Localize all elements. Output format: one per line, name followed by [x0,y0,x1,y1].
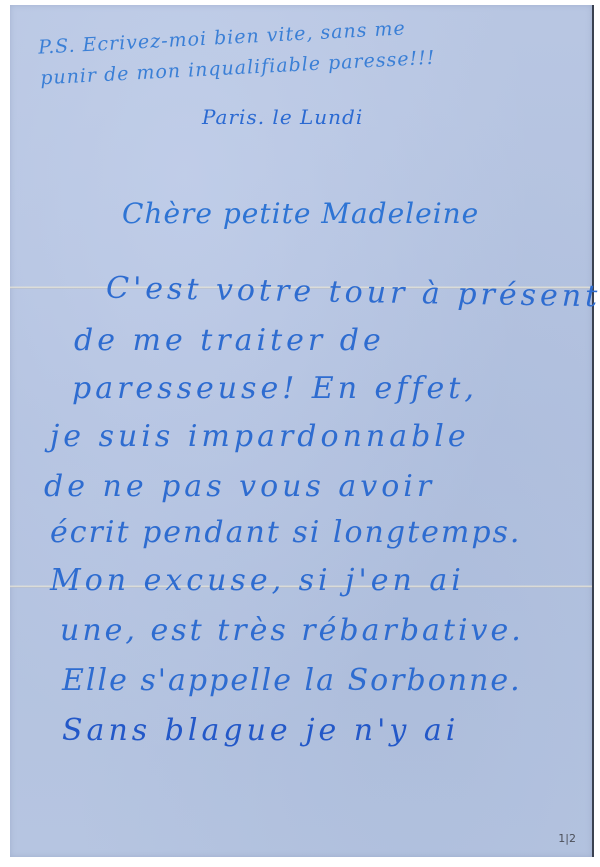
page-number: 1|2 [558,832,576,845]
dateline: Paris. le Lundi [202,105,363,129]
body-line-9: Elle s'appelle la Sorbonne. [62,663,522,698]
letter-page: P.S. Ecrivez-moi bien vite, sans me puni… [10,5,594,857]
body-line-7: Mon excuse, si j'en ai [50,563,465,598]
salutation: Chère petite Madeleine [122,197,479,230]
body-line-3: paresseuse! En effet, [72,371,478,406]
body-line-6: écrit pendant si longtemps. [50,515,521,550]
body-line-2: de me traiter de [74,323,385,358]
body-line-10: Sans blague je n'y ai [62,713,459,748]
body-line-4: je suis impardonnable [50,419,470,454]
body-line-8: une, est très rébarbative. [60,613,524,648]
body-line-1: C'est votre tour à présent [106,271,600,315]
body-line-5: de ne pas vous avoir [44,469,435,504]
